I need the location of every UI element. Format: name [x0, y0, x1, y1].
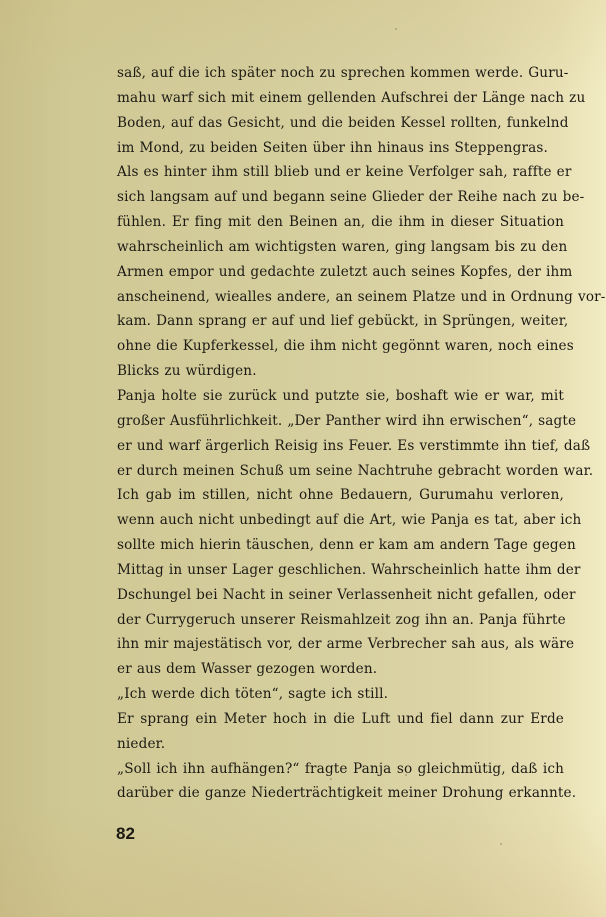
page-number: 82 — [116, 824, 135, 844]
text-line: ohne die Kupferkessel, die ihm nicht geg… — [117, 334, 564, 359]
text-line: mahu warf sich mit einem gellenden Aufsc… — [117, 86, 564, 111]
text-line: fühlen. Er fing mit den Beinen an, die i… — [117, 210, 564, 235]
text-line: Dschungel bei Nacht in seiner Verlassenh… — [117, 583, 564, 608]
text-line: Blicks zu würdigen. — [117, 359, 564, 384]
text-line: saß, auf die ich später noch zu sprechen… — [117, 61, 564, 86]
paper-speck — [405, 774, 407, 776]
text-line: wahrscheinlich am wichtigsten waren, gin… — [117, 235, 564, 260]
text-line: Panja holte sie zurück und putzte sie, b… — [117, 384, 564, 409]
text-line: nieder. — [117, 732, 564, 757]
text-line: sich langsam auf und begann seine Gliede… — [117, 185, 564, 210]
text-line: Mittag in unser Lager geschlichen. Wahrs… — [117, 558, 564, 583]
text-line: er und warf ärgerlich Reisig ins Feuer. … — [117, 434, 564, 459]
text-line: ihn mir majestätisch vor, der arme Verbr… — [117, 632, 564, 657]
text-line: er durch meinen Schuß um seine Nachtruhe… — [117, 459, 564, 484]
paper-speck — [395, 28, 397, 30]
text-line: darüber die ganze Niederträchtigkeit mei… — [117, 781, 564, 806]
text-line: Ich gab im stillen, nicht ohne Bedauern,… — [117, 483, 564, 508]
text-line: er aus dem Wasser gezogen worden. — [117, 657, 564, 682]
text-line: anscheinend, wiealles andere, an seinem … — [117, 285, 564, 310]
text-line: großer Ausführlichkeit. „Der Panther wir… — [117, 409, 564, 434]
text-line: Boden, auf das Gesicht, und die beiden K… — [117, 111, 564, 136]
text-line: sollte mich hierin täuschen, denn er kam… — [117, 533, 564, 558]
text-line: kam. Dann sprang er auf und lief gebückt… — [117, 309, 564, 334]
text-line: „Ich werde dich töten“, sagte ich still. — [117, 682, 564, 707]
text-line: der Currygeruch unserer Reismahlzeit zog… — [117, 608, 564, 633]
text-line: im Mond, zu beiden Seiten über ihn hinau… — [117, 136, 564, 161]
text-line: Als es hinter ihm still blieb und er kei… — [117, 160, 564, 185]
paper-speck — [500, 843, 502, 845]
paper-speck — [330, 778, 332, 780]
text-line: „Soll ich ihn aufhängen?“ fragte Panja s… — [117, 757, 564, 782]
text-line: Er sprang ein Meter hoch in die Luft und… — [117, 707, 564, 732]
text-line: wenn auch nicht unbedingt auf die Art, w… — [117, 508, 564, 533]
body-text: saß, auf die ich später noch zu sprechen… — [117, 61, 564, 806]
text-line: Armen empor und gedachte zuletzt auch se… — [117, 260, 564, 285]
